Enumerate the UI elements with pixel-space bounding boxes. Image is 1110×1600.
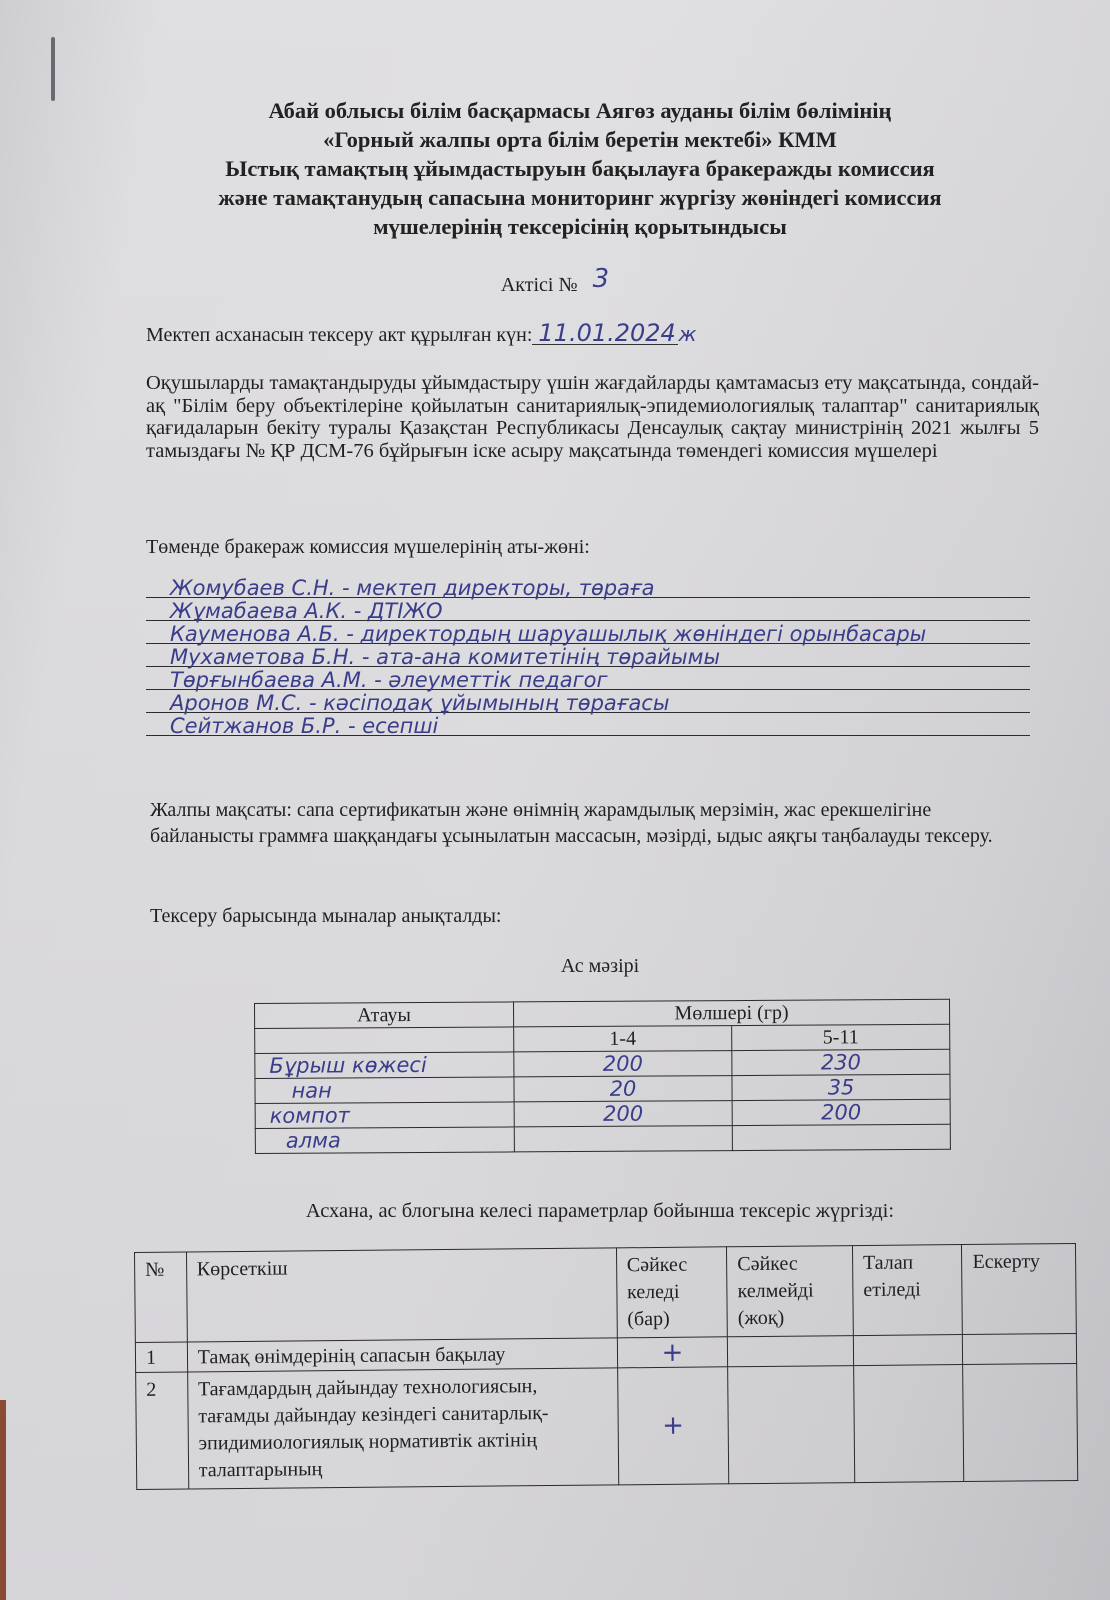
- heading-line: Ыстық тамақтың ұйымдастыруын бақылауға б…: [140, 154, 1020, 183]
- member-line: Кауменова А.Б. - директордың шаруашылық …: [146, 621, 1030, 644]
- menu-row: алма: [255, 1124, 950, 1153]
- member-name: Төрғынбаева А.М. - әлеуметтік педагог: [170, 668, 607, 692]
- empty-cell: [255, 1027, 514, 1054]
- check-mark: +: [617, 1367, 729, 1485]
- act-number: 3: [593, 264, 610, 294]
- amount-5-11: 230: [732, 1049, 950, 1075]
- check-table: № Көрсеткіш Сәйкес келеді (бар) Сәйкес к…: [134, 1243, 1078, 1490]
- members-label: Төменде бракераж комиссия мүшелерінің ат…: [146, 536, 590, 559]
- goal-text: Жалпы мақсаты: сапа сертификатын және өн…: [150, 797, 1010, 849]
- indicator-header: Көрсеткіш: [186, 1248, 617, 1342]
- heading-line: және тамақтанудың сапасына мониторинг жү…: [140, 183, 1020, 212]
- menu-row: Бұрыш көжесі 200 230: [255, 1049, 950, 1078]
- no-match-header: Сәйкес келмейді (жоқ): [727, 1246, 854, 1337]
- member-line: Мухаметова Б.Н. - ата-ана комитетінің тө…: [146, 644, 1030, 667]
- col-amount-header: Мөлшері (гр): [513, 999, 949, 1027]
- amount-5-11: 35: [732, 1074, 950, 1100]
- menu-table: Атауы Мөлшері (гр) 1-4 5-11 Бұрыш көжесі…: [254, 999, 951, 1154]
- required-cell: [854, 1365, 965, 1483]
- row-number: 2: [136, 1372, 189, 1489]
- check-mark: +: [617, 1337, 728, 1368]
- row-indicator: Тамақ өнімдерінің сапасын бақылау: [187, 1338, 617, 1372]
- amount-1-4: 200: [514, 1101, 732, 1127]
- no-match-cell: [727, 1336, 853, 1367]
- member-name: Аронов М.С. - кәсіподақ ұйымының төрағас…: [170, 691, 669, 715]
- required-cell: [853, 1335, 963, 1366]
- member-name: Жұмабаева А.К. - ДТІЖО: [170, 599, 443, 623]
- member-line: Төрғынбаева А.М. - әлеуметтік педагог: [146, 667, 1030, 690]
- act-label: Актісі №: [501, 274, 578, 296]
- act-number-line: Актісі № 3: [0, 268, 1110, 298]
- no-header: №: [135, 1252, 188, 1342]
- note-header: Ескерту: [962, 1243, 1076, 1334]
- check-title: Асхана, ас блогына келесі параметрлар бо…: [0, 1200, 1110, 1223]
- amount-1-4: 200: [514, 1051, 732, 1077]
- members-list: Жомубаев С.Н. - мектеп директоры, төраға…: [146, 575, 1030, 736]
- menu-row: компот 200 200: [255, 1099, 950, 1128]
- no-match-cell: [728, 1366, 855, 1484]
- check-row: 2 Тағамдардың дайындау технологиясын, та…: [136, 1363, 1078, 1489]
- menu-title: Ас мәзірі: [0, 955, 1110, 978]
- document-heading: Абай облысы білім басқармасы Аягөз аудан…: [140, 96, 1020, 241]
- note-cell: [963, 1363, 1078, 1481]
- amount-1-4: 20: [514, 1076, 732, 1102]
- date-line: Мектеп асханасын тексеру акт құрылған кү…: [146, 322, 696, 347]
- grade-1-4-header: 1-4: [514, 1026, 732, 1052]
- member-name: Сейтжанов Б.Р. - есепші: [170, 714, 438, 738]
- row-number: 1: [135, 1342, 187, 1372]
- check-header-row: № Көрсеткіш Сәйкес келеді (бар) Сәйкес к…: [135, 1243, 1077, 1342]
- findings-label: Тексеру барысында мыналар анықталды:: [150, 905, 501, 928]
- dish-name: компот: [255, 1102, 514, 1129]
- member-name: Кауменова А.Б. - директордың шаруашылық …: [170, 622, 926, 646]
- amount-5-11: [732, 1124, 950, 1150]
- table-edge: [0, 1400, 6, 1600]
- col-name-header: Атауы: [255, 1002, 514, 1029]
- row-indicator: Тағамдардың дайындау технологиясын, таға…: [187, 1368, 618, 1489]
- heading-line: мүшелерінің тексерісінің қорытындысы: [140, 212, 1020, 241]
- date-value: 11.01.2024: [532, 322, 678, 345]
- date-suffix: ж: [678, 322, 696, 346]
- dish-name: нан: [255, 1077, 514, 1104]
- amount-5-11: 200: [732, 1099, 950, 1125]
- intro-paragraph: Оқушыларды тамақтандыруды ұйымдастыру үш…: [146, 372, 1039, 462]
- amount-1-4: [514, 1126, 732, 1152]
- grade-5-11-header: 5-11: [732, 1024, 950, 1050]
- staple-mark: [51, 37, 55, 101]
- heading-line: Абай облысы білім басқармасы Аягөз аудан…: [140, 96, 1020, 125]
- member-name: Жомубаев С.Н. - мектеп директоры, төраға: [170, 576, 655, 600]
- member-line: Жұмабаева А.К. - ДТІЖО: [146, 598, 1030, 621]
- dish-name: алма: [255, 1127, 514, 1154]
- member-line: Аронов М.С. - кәсіподақ ұйымының төрағас…: [146, 690, 1030, 713]
- member-name: Мухаметова Б.Н. - ата-ана комитетінің тө…: [170, 645, 720, 669]
- yes-header: Сәйкес келеді (бар): [616, 1247, 727, 1338]
- required-header: Талап етіледі: [852, 1245, 962, 1336]
- dish-name: Бұрыш көжесі: [255, 1052, 514, 1079]
- note-cell: [963, 1333, 1077, 1364]
- heading-line: «Горный жалпы орта білім беретін мектебі…: [140, 125, 1020, 154]
- date-label: Мектеп асханасын тексеру акт құрылған кү…: [146, 324, 532, 346]
- member-line: Жомубаев С.Н. - мектеп директоры, төраға: [146, 575, 1030, 598]
- menu-row: нан 20 35: [255, 1074, 950, 1103]
- member-line: Сейтжанов Б.Р. - есепші: [146, 713, 1030, 736]
